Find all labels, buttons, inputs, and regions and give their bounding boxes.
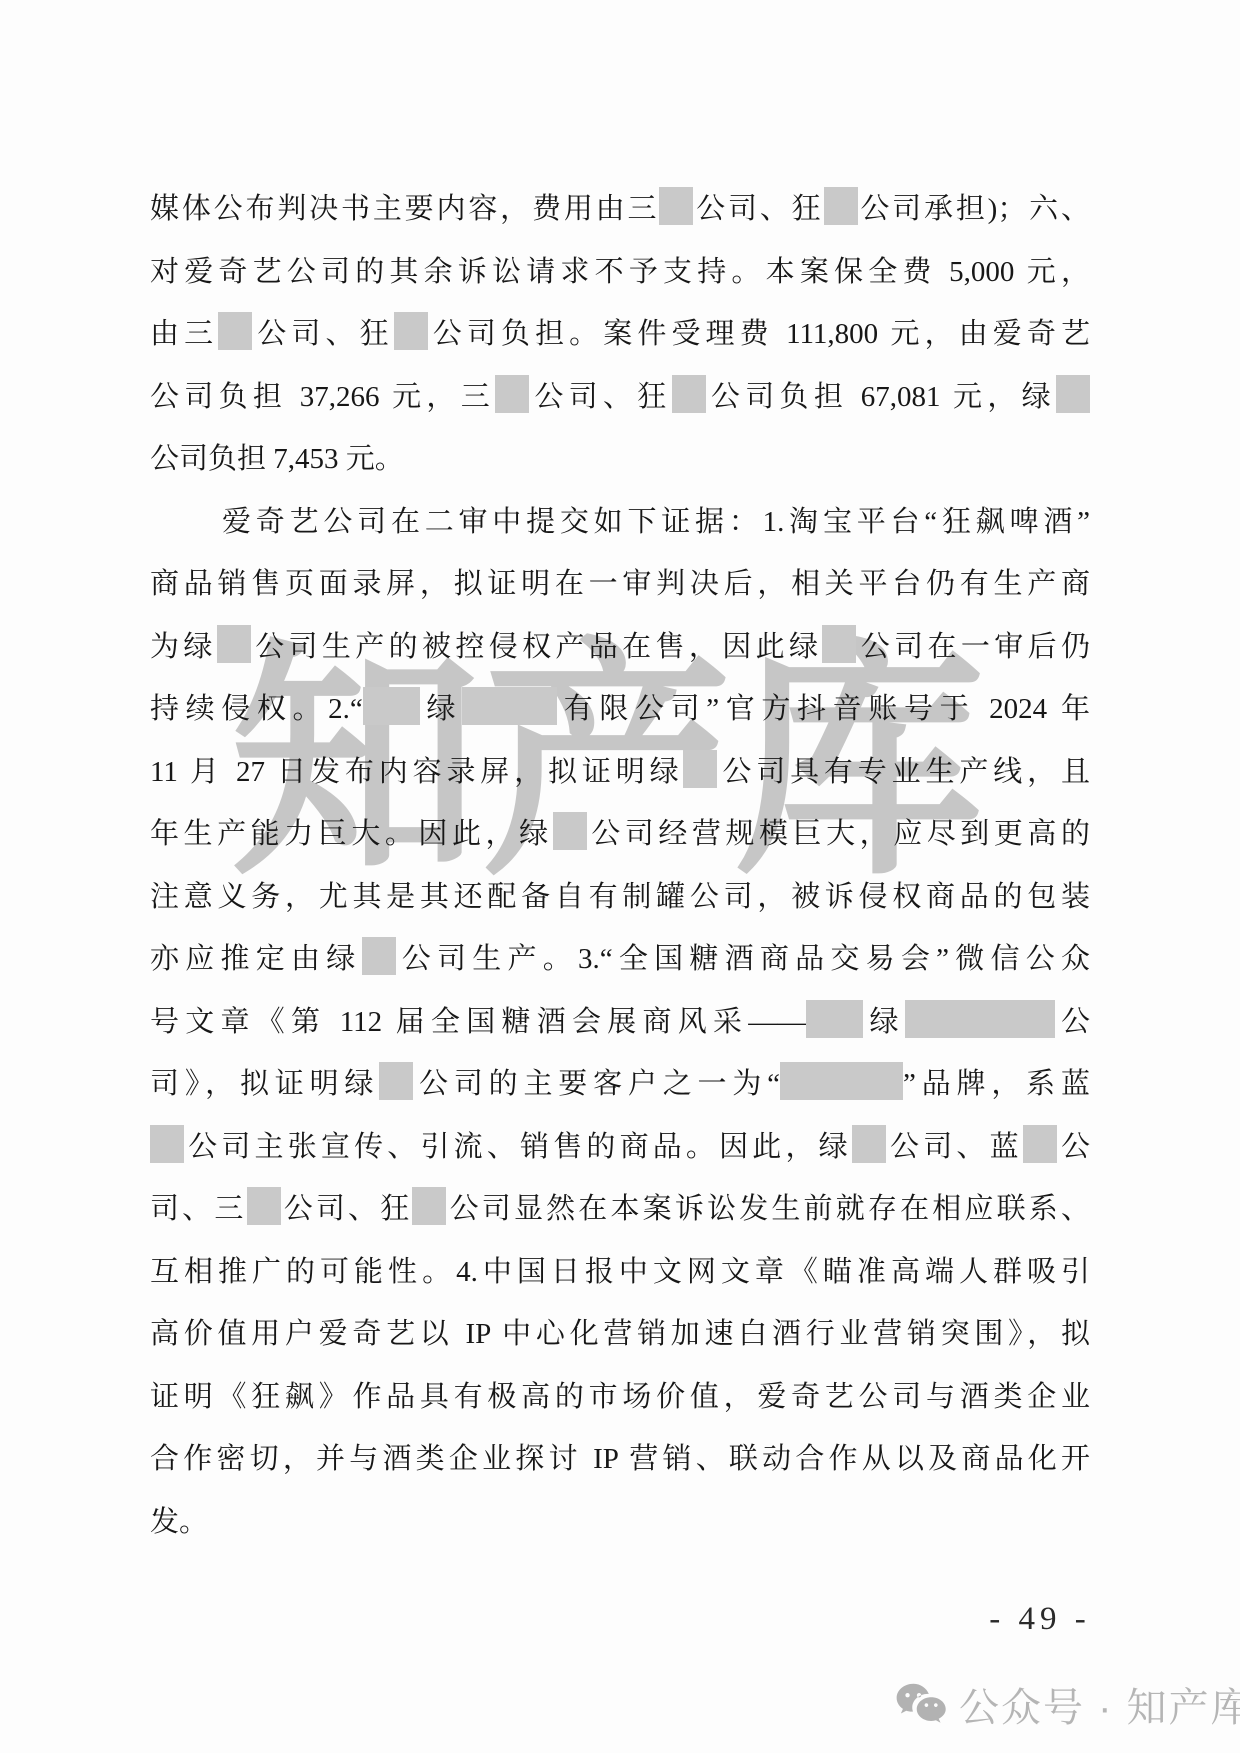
text-run: 对爱奇艺公司的其余诉讼请求不予支持。本案保全费 5,000 元， (150, 256, 1090, 288)
text-run: 公司负担。案件受理费 111,800 元，由爱奇艺 (428, 318, 1090, 350)
text-run: 号文章《第 112 届全国糖酒会展商风采—— (150, 1006, 806, 1038)
text-run: 11 月 27 日发布内容录屏，拟证明绿 (150, 756, 683, 788)
document-body: 媒体公布判决书主要内容，费用由三公司、狂公司承担)；六、对爱奇艺公司的其余诉讼请… (150, 178, 1090, 1553)
redaction-box (672, 375, 706, 413)
text-run: 亦应推定由绿 (150, 943, 362, 975)
document-line: 号文章《第 112 届全国糖酒会展商风采——绿公 (150, 991, 1090, 1054)
redaction-box (495, 375, 529, 413)
text-run: 公司负担 67,081 元，绿 (706, 381, 1056, 413)
text-run: 绿 (863, 1006, 905, 1038)
text-run: 公司负担 7,453 元。 (150, 443, 404, 475)
text-run: 公司经营规模巨大，应尽到更高的 (587, 818, 1090, 850)
text-run: 公 (1055, 1006, 1090, 1038)
footer: 公众号 · 知产库 (893, 1676, 1240, 1733)
document-line: 公司主张宣传、引流、销售的商品。因此，绿公司、蓝公 (150, 1116, 1090, 1179)
text-run: 公司的主要客户之一为“ (413, 1068, 780, 1100)
text-run: 公司在一审后仍 (856, 631, 1090, 663)
redaction-box (362, 937, 396, 975)
redaction-box (683, 750, 717, 788)
text-run: 互相推广的可能性。4.中国日报中文网文章《瞄准高端人群吸引 (150, 1256, 1090, 1288)
redaction-box (852, 1125, 886, 1163)
wechat-icon (893, 1682, 949, 1728)
text-run: 持续侵权。2.“ (150, 693, 363, 725)
text-run: 为绿 (150, 631, 217, 663)
redaction-box (824, 187, 858, 225)
text-run: 公司生产。3.“全国糖酒商品交易会”微信公众 (396, 943, 1090, 975)
footer-label: 公众号 · 知产库 (959, 1676, 1240, 1733)
redaction-box (217, 625, 251, 663)
document-line: 持续侵权。2.“绿有限公司”官方抖音账号于 2024 年 (150, 678, 1090, 741)
document-line: 证明《狂飙》作品具有极高的市场价值，爱奇艺公司与酒类企业 (150, 1366, 1090, 1429)
page-number: - 49 - (975, 1601, 1105, 1638)
document-line: 合作密切，并与酒类企业探讨 IP 营销、联动合作从以及商品化开 (150, 1428, 1090, 1491)
text-run: 公司、狂 (529, 381, 672, 413)
text-run: ”品牌，系蓝 (903, 1068, 1090, 1100)
text-run: 发。 (150, 1506, 208, 1538)
text-run: 高价值用户爱奇艺以 IP 中心化营销加速白酒行业营销突围》，拟 (150, 1318, 1090, 1350)
redaction-box (150, 1125, 184, 1163)
text-run: 注意义务，尤其是其还配备自有制罐公司，被诉侵权商品的包装 (150, 881, 1090, 913)
text-run: 有限公司”官方抖音账号于 2024 年 (557, 693, 1090, 725)
redaction-box (1023, 1125, 1057, 1163)
text-run: 爱奇艺公司在二审中提交如下证据：1.淘宝平台“狂飙啤酒” (222, 506, 1090, 538)
text-run: 证明《狂飙》作品具有极高的市场价值，爱奇艺公司与酒类企业 (150, 1381, 1090, 1413)
redaction-box (394, 312, 428, 350)
text-run: 公司主张宣传、引流、销售的商品。因此，绿 (184, 1131, 852, 1163)
document-line: 注意义务，尤其是其还配备自有制罐公司，被诉侵权商品的包装 (150, 866, 1090, 929)
text-run: 公司具有专业生产线，且 (717, 756, 1090, 788)
text-run: 公司生产的被控侵权产品在售，因此绿 (251, 631, 823, 663)
document-line: 公司负担 7,453 元。 (150, 428, 1090, 491)
text-run: 公司、蓝 (886, 1131, 1023, 1163)
text-run: 媒体公布判决书主要内容，费用由三 (150, 193, 659, 225)
document-line: 对爱奇艺公司的其余诉讼请求不予支持。本案保全费 5,000 元， (150, 241, 1090, 304)
redaction-box (806, 1000, 863, 1038)
text-run: 公司承担)；六、 (858, 193, 1090, 225)
redaction-box (462, 687, 557, 725)
document-line: 司、三公司、狂公司显然在本案诉讼发生前就存在相应联系、 (150, 1178, 1090, 1241)
text-run: 绿 (420, 693, 462, 725)
redaction-box (247, 1187, 281, 1225)
text-run: 司、三 (150, 1193, 247, 1225)
text-run: 公司负担 37,266 元，三 (150, 381, 495, 413)
redaction-box (218, 312, 252, 350)
redaction-box (412, 1187, 446, 1225)
text-run: 公司显然在本案诉讼发生前就存在相应联系、 (446, 1193, 1090, 1225)
document-line: 媒体公布判决书主要内容，费用由三公司、狂公司承担)；六、 (150, 178, 1090, 241)
document-page: 知产库 媒体公布判决书主要内容，费用由三公司、狂公司承担)；六、对爱奇艺公司的其… (0, 0, 1240, 1753)
document-line: 高价值用户爱奇艺以 IP 中心化营销加速白酒行业营销突围》，拟 (150, 1303, 1090, 1366)
text-run: 公司、狂 (252, 318, 393, 350)
text-run: 由三 (150, 318, 218, 350)
text-run: 公 (1057, 1131, 1090, 1163)
document-line: 11 月 27 日发布内容录屏，拟证明绿公司具有专业生产线，且 (150, 741, 1090, 804)
document-line: 司》，拟证明绿公司的主要客户之一为“”品牌，系蓝 (150, 1053, 1090, 1116)
document-line: 年生产能力巨大。因此，绿公司经营规模巨大，应尽到更高的 (150, 803, 1090, 866)
document-line: 为绿公司生产的被控侵权产品在售，因此绿公司在一审后仍 (150, 616, 1090, 679)
redaction-box (780, 1062, 903, 1100)
redaction-box (905, 1000, 1055, 1038)
text-run: 公司、狂 (693, 193, 823, 225)
redaction-box (379, 1062, 413, 1100)
redaction-box (553, 812, 587, 850)
text-run: 合作密切，并与酒类企业探讨 IP 营销、联动合作从以及商品化开 (150, 1443, 1090, 1475)
redaction-box (363, 687, 420, 725)
document-line: 由三公司、狂公司负担。案件受理费 111,800 元，由爱奇艺 (150, 303, 1090, 366)
text-run: 商品销售页面录屏，拟证明在一审判决后，相关平台仍有生产商 (150, 568, 1090, 600)
redaction-box (659, 187, 693, 225)
document-line: 公司负担 37,266 元，三公司、狂公司负担 67,081 元，绿 (150, 366, 1090, 429)
text-run: 司》，拟证明绿 (150, 1068, 379, 1100)
document-line: 亦应推定由绿公司生产。3.“全国糖酒商品交易会”微信公众 (150, 928, 1090, 991)
document-line: 发。 (150, 1491, 1090, 1554)
redaction-box (822, 625, 856, 663)
document-line: 商品销售页面录屏，拟证明在一审判决后，相关平台仍有生产商 (150, 553, 1090, 616)
text-run: 公司、狂 (281, 1193, 413, 1225)
redaction-box (1056, 375, 1090, 413)
document-line: 互相推广的可能性。4.中国日报中文网文章《瞄准高端人群吸引 (150, 1241, 1090, 1304)
text-run: 年生产能力巨大。因此，绿 (150, 818, 553, 850)
document-line: 爱奇艺公司在二审中提交如下证据：1.淘宝平台“狂飙啤酒” (150, 491, 1090, 554)
